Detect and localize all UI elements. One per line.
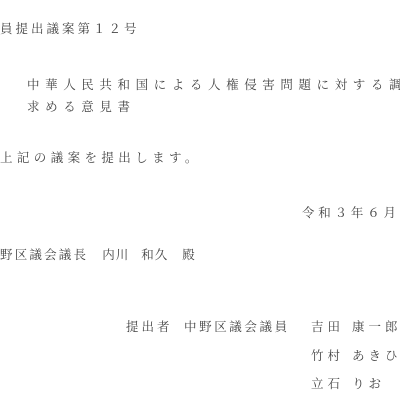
member-given-name: りお [352, 376, 385, 391]
addressee-given-name: 和久 [141, 247, 168, 263]
submitter-organization: 中野区議会議員 [184, 319, 290, 335]
submission-date: 令和３年６月１ [302, 205, 400, 221]
addressee-surname: 内川 [102, 247, 129, 263]
member-given-name: あきひろ [352, 348, 400, 363]
addressee-title: 野区議会議長 [0, 247, 88, 263]
member-surname: 立石 [311, 376, 344, 391]
member-given-name: 康一郎 [352, 319, 400, 334]
submitter-label: 提出者 [126, 319, 173, 335]
member-surname: 竹村 [311, 348, 344, 363]
submitter-member: 竹村あきひろ [311, 348, 400, 364]
member-surname: 吉田 [311, 319, 344, 334]
bill-title-line-2: 求める意見書 [27, 99, 136, 115]
bill-number: 員提出議案第１２号 [0, 21, 140, 37]
addressee-honorific: 殿 [182, 247, 196, 263]
bill-title-line-1: 中華人民共和国による人権侵害問題に対する調査及び抗議を [27, 77, 400, 93]
submitter-member: 立石りお [311, 376, 385, 392]
submission-statement: 上記の議案を提出します。 [0, 150, 202, 166]
addressee: 野区議会議長内川和久殿 [0, 247, 196, 263]
submitter-member: 吉田康一郎 [311, 319, 400, 335]
